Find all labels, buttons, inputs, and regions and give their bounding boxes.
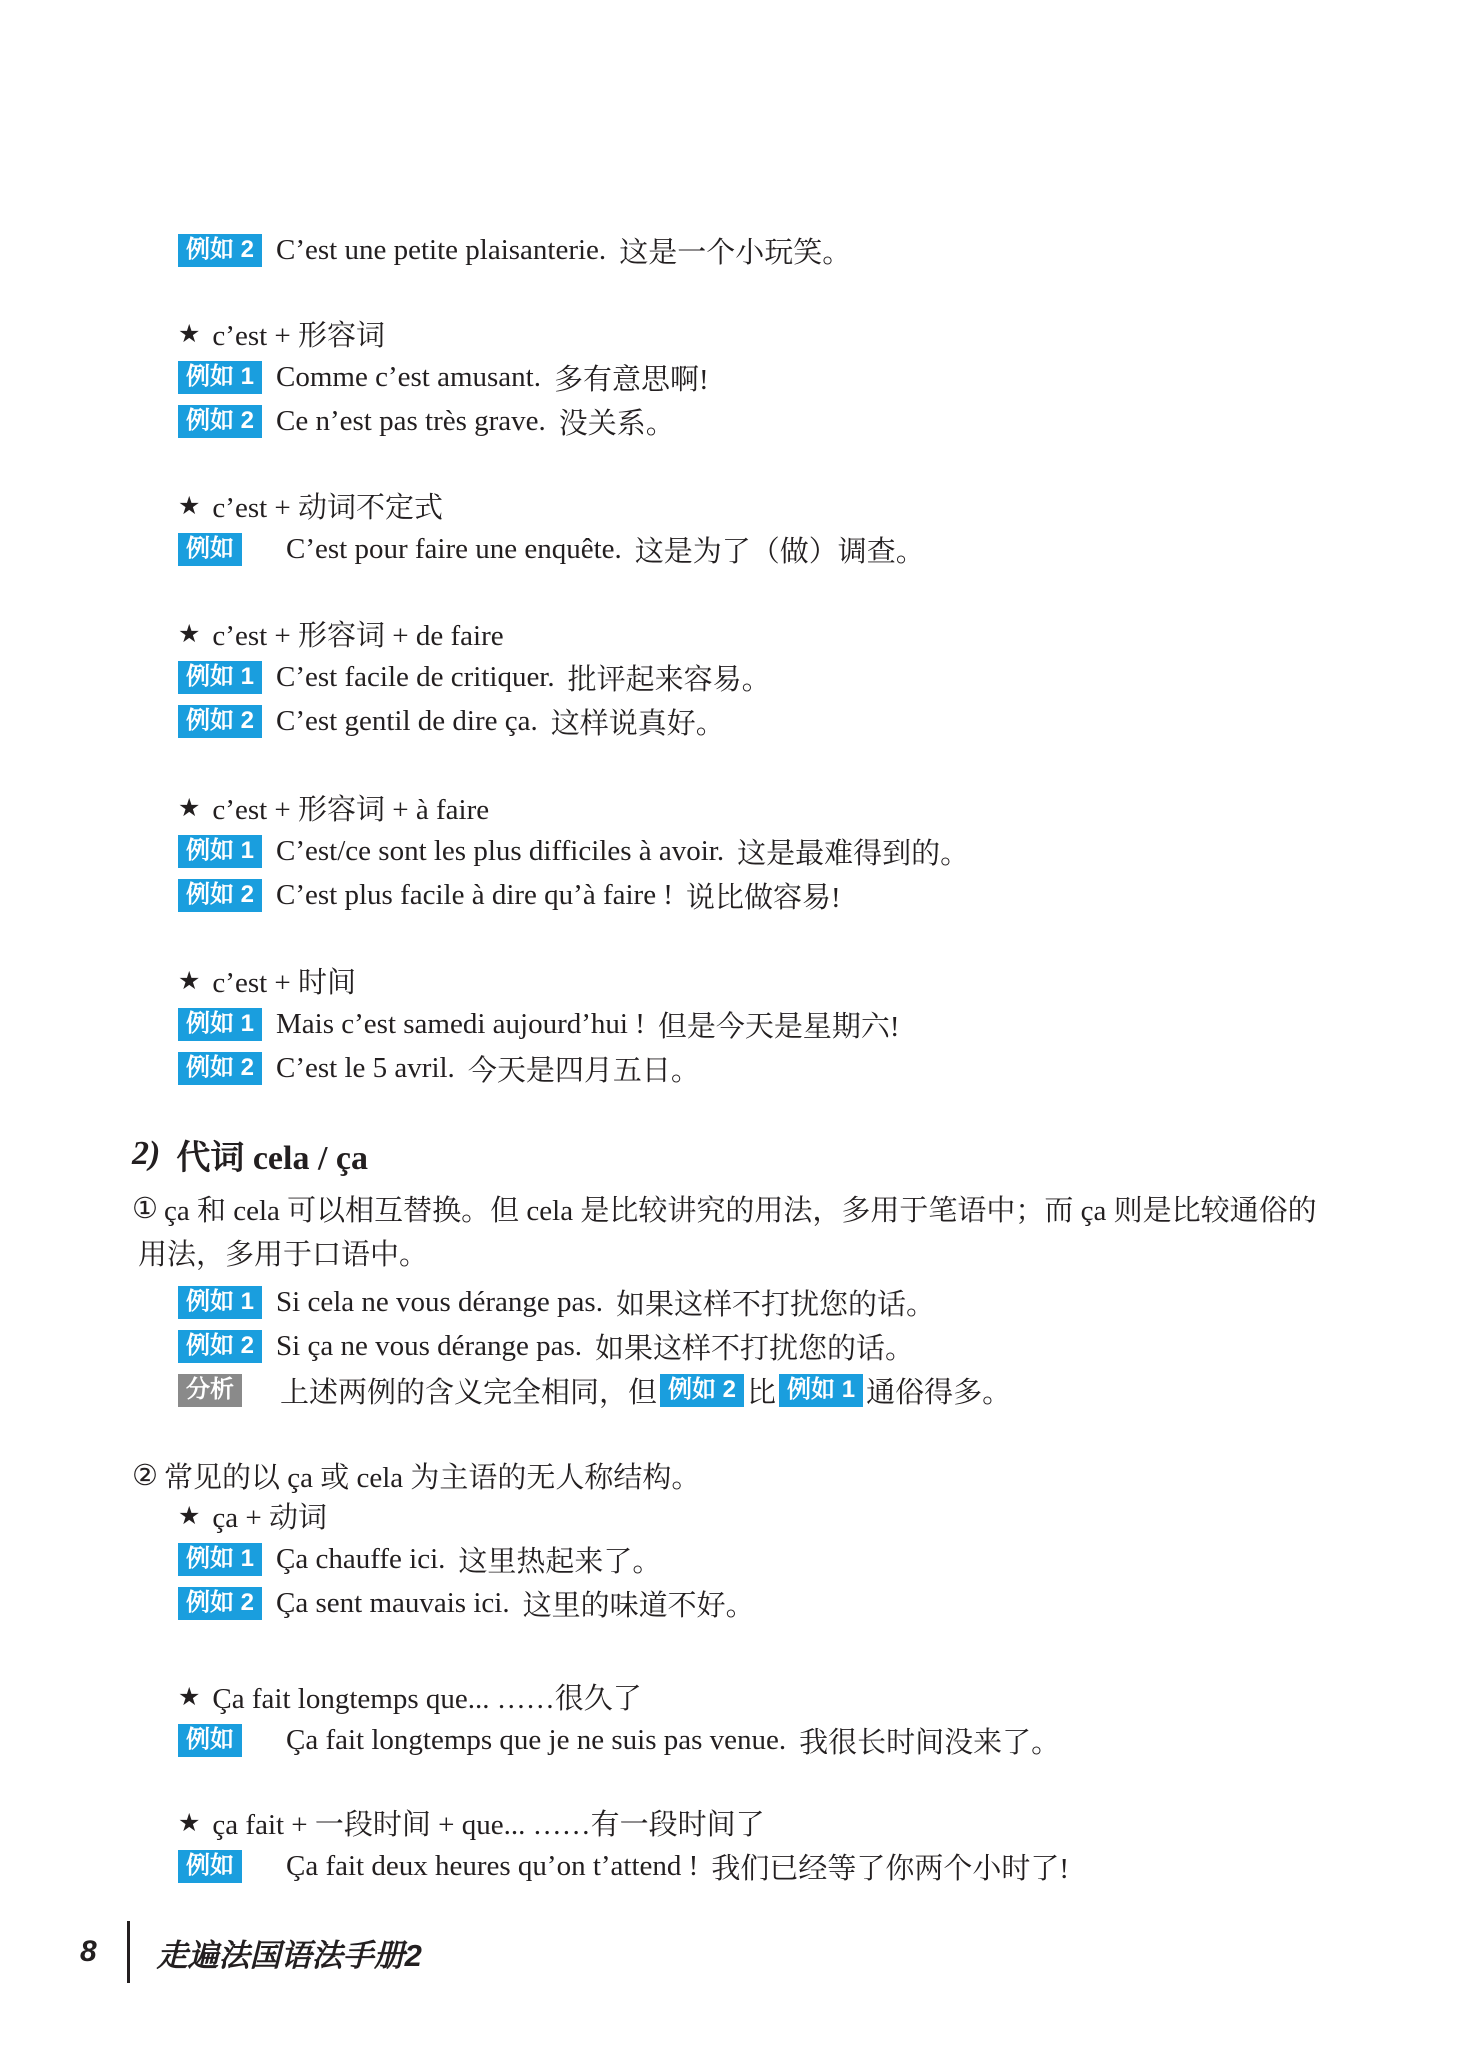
pattern-label: Ça fait longtemps que... ……很久了 [212,1676,641,1717]
pattern-group: ★ c’est + 形容词 例如 1 Comme c’est amusant. … [0,311,1457,443]
example-badge: 例如 [178,533,242,566]
example-row: 例如 Ça fait longtemps que je ne suis pas … [0,1718,1457,1762]
pattern-row: ★ ça + 动词 [0,1493,1457,1537]
example-chinese-text: 这是一个小玩笑。 [619,230,851,271]
analysis-badge: 分析 [178,1374,242,1407]
star-icon: ★ [178,795,200,820]
section-title: 代词 cela / ça [176,1130,368,1179]
example-badge: 例如 1 [178,835,262,868]
example-badge: 例如 1 [178,361,262,394]
example-row: 例如 2 C’est une petite plaisanterie. 这是一个… [0,228,1457,272]
example-row: 例如 2 Si ça ne vous dérange pas. 如果这样不打扰您… [0,1324,1457,1368]
point-paragraph: ① ça 和 cela 可以相互替换。但 cela 是比较讲究的用法，多用于笔语… [0,1186,1457,1274]
example-chinese-text: 没关系。 [559,401,675,442]
example-badge: 例如 1 [178,1286,262,1319]
example-chinese-text: 如果这样不打扰您的话。 [616,1282,935,1323]
section-heading: 2) 代词 cela / ça [0,1128,1457,1180]
example-french-text: C’est une petite plaisanterie. [276,234,606,267]
example-chinese-text: 我很长时间没来了。 [799,1720,1060,1761]
pattern-label: ça fait + 一段时间 + que... ……有一段时间了 [212,1802,764,1843]
star-icon: ★ [178,621,200,646]
example-row: 例如 Ça fait deux heures qu’on t’attend ! … [0,1844,1457,1888]
example-chinese-text: 这里热起来了。 [458,1539,661,1580]
page-footer: 8 走遍法国语法手册2 [80,1920,422,1984]
example-chinese-text: 但是今天是星期六! [658,1004,900,1045]
pattern-group: ★ ça fait + 一段时间 + que... ……有一段时间了 例如 Ça… [0,1800,1457,1888]
example-french-text: Ça sent mauvais ici. [276,1587,510,1620]
star-icon: ★ [178,1810,200,1835]
example-badge: 例如 2 [178,1587,262,1620]
paragraph-text: ça 和 cela 可以相互替换。但 cela 是比较讲究的用法，多用于笔语中；… [164,1188,1317,1229]
point1-examples: 例如 1 Si cela ne vous dérange pas. 如果这样不打… [0,1280,1457,1412]
example-badge: 例如 [178,1850,242,1883]
example-french-text: Mais c’est samedi aujourd’hui ! [276,1008,645,1041]
pattern-row: ★ c’est + 形容词 + à faire [0,785,1457,829]
analysis-text: 上述两例的含义完全相同，但 [280,1370,657,1411]
example-chinese-text: 说比做容易! [686,875,841,916]
pattern-row: ★ Ça fait longtemps que... ……很久了 [0,1674,1457,1718]
example-french-text: Si cela ne vous dérange pas. [276,1286,603,1319]
example-row: 例如 2 C’est plus facile à dire qu’à faire… [0,873,1457,917]
analysis-text: 通俗得多。 [866,1370,1011,1411]
pattern-group: ★ c’est + 时间 例如 1 Mais c’est samedi aujo… [0,958,1457,1090]
example-row: 例如 2 Ça sent mauvais ici. 这里的味道不好。 [0,1581,1457,1625]
paragraph-line: 用法，多用于口语中。 [132,1230,1457,1274]
example-row: 例如 2 Ce n’est pas très grave. 没关系。 [0,399,1457,443]
star-icon: ★ [178,1684,200,1709]
example-row: 例如 1 Ça chauffe ici. 这里热起来了。 [0,1537,1457,1581]
example-french-text: Si ça ne vous dérange pas. [276,1330,582,1363]
example-french-text: Ça chauffe ici. [276,1543,445,1576]
pattern-row: ★ ça fait + 一段时间 + que... ……有一段时间了 [0,1800,1457,1844]
example-row: 例如 1 Mais c’est samedi aujourd’hui ! 但是今… [0,1002,1457,1046]
example-chinese-text: 批评起来容易。 [568,657,771,698]
example-row: 例如 1 C’est facile de critiquer. 批评起来容易。 [0,655,1457,699]
point-paragraph: ② 常见的以 ça 或 cela 为主语的无人称结构。 [0,1453,1457,1497]
example-french-text: Ça fait deux heures qu’on t’attend ! [286,1850,698,1883]
example-row: 例如 1 C’est/ce sont les plus difficiles à… [0,829,1457,873]
section-number: 2) [132,1135,160,1173]
analysis-text: 比 [747,1370,776,1411]
example-row: 例如 1 Comme c’est amusant. 多有意思啊! [0,355,1457,399]
example-row: 例如 1 Si cela ne vous dérange pas. 如果这样不打… [0,1280,1457,1324]
footer-divider [127,1921,130,1983]
pattern-group: ★ c’est + 形容词 + de faire 例如 1 C’est faci… [0,611,1457,743]
example-badge: 例如 [178,1724,242,1757]
pattern-row: ★ c’est + 动词不定式 [0,483,1457,527]
example-row: 例如 2 C’est le 5 avril. 今天是四月五日。 [0,1046,1457,1090]
example-french-text: Ça fait longtemps que je ne suis pas ven… [286,1724,786,1757]
example-badge: 例如 2 [178,1330,262,1363]
example-french-text: C’est gentil de dire ça. [276,705,538,738]
pattern-group: ★ c’est + 动词不定式 例如 C’est pour faire une … [0,483,1457,571]
example-french-text: C’est le 5 avril. [276,1052,455,1085]
example-chinese-text: 今天是四月五日。 [468,1048,700,1089]
example-row: 例如 C’est pour faire une enquête. 这是为了（做）… [0,527,1457,571]
book-title: 走遍法国语法手册2 [157,1930,422,1975]
example-chinese-text: 多有意思啊! [554,357,709,398]
paragraph-line: ① ça 和 cela 可以相互替换。但 cela 是比较讲究的用法，多用于笔语… [132,1186,1457,1230]
pattern-label: c’est + 形容词 + à faire [212,787,489,828]
example-french-text: Comme c’est amusant. [276,361,541,394]
example-chinese-text: 这里的味道不好。 [523,1583,755,1624]
example-badge: 例如 2 [178,879,262,912]
book-page: 例如 2 C’est une petite plaisanterie. 这是一个… [0,0,1457,2048]
point-marker: ① [132,1191,158,1226]
example-badge: 例如 2 [178,705,262,738]
example-chinese-text: 这样说真好。 [551,701,725,742]
pattern-row: ★ c’est + 形容词 + de faire [0,611,1457,655]
analysis-row: 分析 上述两例的含义完全相同，但 例如 2 比 例如 1 通俗得多。 [0,1368,1457,1412]
example-chinese-text: 如果这样不打扰您的话。 [595,1326,914,1367]
example-row: 例如 2 C’est gentil de dire ça. 这样说真好。 [0,699,1457,743]
pattern-row: ★ c’est + 时间 [0,958,1457,1002]
pattern-group: ★ Ça fait longtemps que... ……很久了 例如 Ça f… [0,1674,1457,1762]
page-content: 例如 2 C’est une petite plaisanterie. 这是一个… [0,0,1457,1888]
example-french-text: C’est/ce sont les plus difficiles à avoi… [276,835,724,868]
star-icon: ★ [178,321,200,346]
example-french-text: C’est pour faire une enquête. [286,533,622,566]
example-french-text: Ce n’est pas très grave. [276,405,546,438]
pattern-label: c’est + 形容词 + de faire [212,613,503,654]
example-ref-badge: 例如 1 [779,1374,863,1407]
example-ref-badge: 例如 2 [660,1374,744,1407]
paragraph-text: 用法，多用于口语中。 [138,1232,428,1273]
pattern-label: ça + 动词 [212,1495,327,1536]
pattern-group: ★ ça + 动词 例如 1 Ça chauffe ici. 这里热起来了。 例… [0,1493,1457,1625]
example-chinese-text: 我们已经等了你两个小时了! [711,1846,1069,1887]
point-marker: ② [132,1458,158,1493]
pattern-label: c’est + 动词不定式 [212,485,443,526]
example-badge: 例如 2 [178,1052,262,1085]
example-badge: 例如 1 [178,1543,262,1576]
page-number: 8 [80,1935,97,1969]
paragraph-text: 常见的以 ça 或 cela 为主语的无人称结构。 [164,1455,700,1496]
example-badge: 例如 2 [178,405,262,438]
star-icon: ★ [178,968,200,993]
pattern-group: ★ c’est + 形容词 + à faire 例如 1 C’est/ce so… [0,785,1457,917]
pattern-label: c’est + 时间 [212,960,356,1001]
example-badge: 例如 1 [178,661,262,694]
star-icon: ★ [178,1503,200,1528]
example-badge: 例如 1 [178,1008,262,1041]
star-icon: ★ [178,493,200,518]
example-chinese-text: 这是最难得到的。 [737,831,969,872]
example-chinese-text: 这是为了（做）调查。 [635,529,925,570]
example-french-text: C’est plus facile à dire qu’à faire ! [276,879,673,912]
pattern-label: c’est + 形容词 [212,313,385,354]
example-french-text: C’est facile de critiquer. [276,661,555,694]
example-badge: 例如 2 [178,234,262,267]
pattern-row: ★ c’est + 形容词 [0,311,1457,355]
